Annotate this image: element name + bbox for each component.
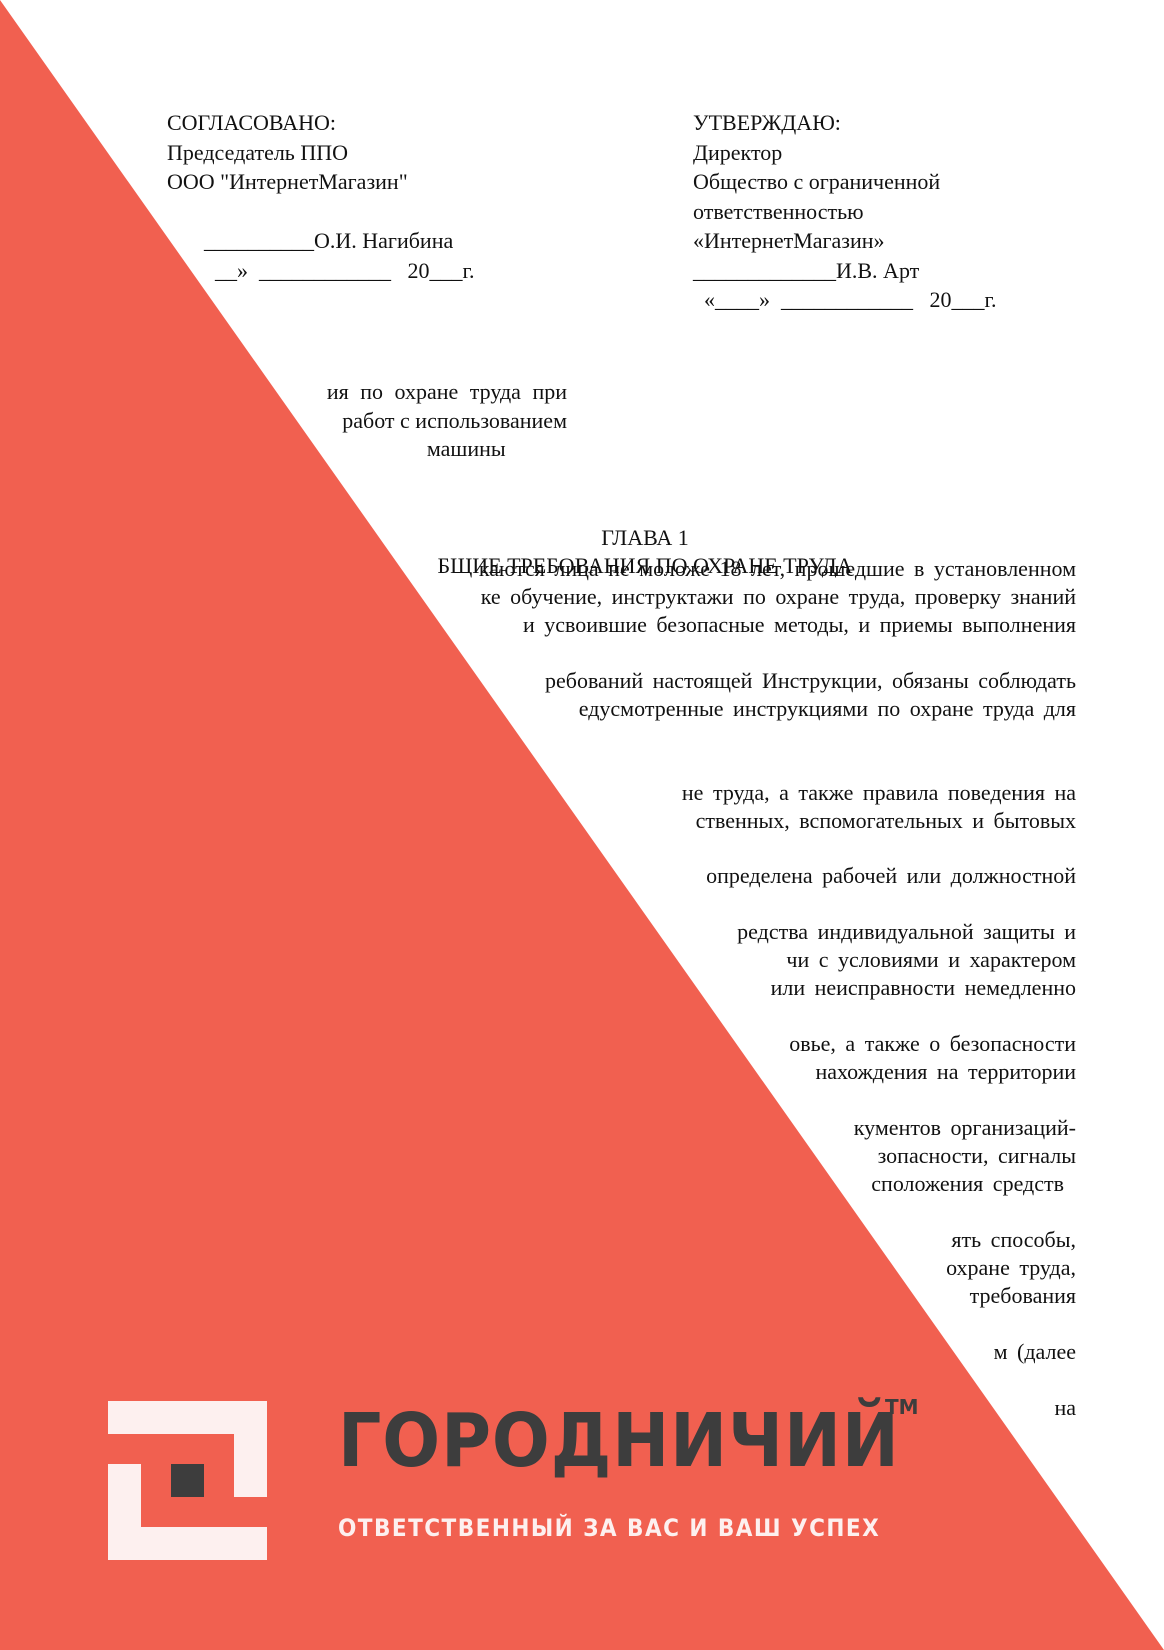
approval-approved-org-line2: ответственностью [693, 197, 997, 227]
body-text-line: овье, а также о безопасности [789, 1030, 1076, 1058]
approval-agreed-heading: СОГЛАСОВАНО: [167, 108, 475, 138]
body-text-line: ке обучение, инструктажи по охране труда… [481, 583, 1076, 611]
document-title-line: ия по охране труда при [327, 378, 567, 407]
approval-approved-org-line3: «ИнтернетМагазин» [693, 226, 997, 256]
approval-approved-date: «____» ____________ 20___г. [693, 285, 997, 315]
body-text-line: ять способы, [951, 1226, 1076, 1254]
body-text-line: не труда, а также правила поведения на [682, 779, 1076, 807]
approval-approved-block: УТВЕРЖДАЮ: Директор Общество с ограничен… [693, 108, 997, 315]
approval-approved-heading: УТВЕРЖДАЮ: [693, 108, 997, 138]
square-spiral-logo-icon [108, 1401, 267, 1560]
body-text-line: на [1054, 1394, 1076, 1422]
brand-name: ГОРОДНИЧИЙ [338, 1396, 900, 1486]
body-text-line: кументов организаций- [854, 1114, 1076, 1142]
body-text-line: ребований настоящей Инструкции, обязаны … [545, 667, 1076, 695]
body-text-line: определена рабочей или должностной [706, 862, 1076, 890]
body-text-line: едусмотренные инструкциями по охране тру… [579, 695, 1076, 723]
approval-agreed-block: СОГЛАСОВАНО: Председатель ППО ООО "Интер… [167, 108, 475, 285]
body-text-line: ственных, вспомогательных и бытовых [696, 807, 1076, 835]
body-text-line: требования [970, 1282, 1076, 1310]
approval-approved-org-line1: Общество с ограниченной [693, 167, 997, 197]
brand-tagline: ОТВЕТСТВЕННЫЙ ЗА ВАС И ВАШ УСПЕХ [338, 1514, 880, 1542]
body-text-line: редства индивидуальной защиты и [737, 918, 1076, 946]
body-text-line: чи с условиями и характером [786, 946, 1076, 974]
approval-agreed-signature: __________О.И. Нагибина [167, 226, 475, 256]
approval-approved-position: Директор [693, 138, 997, 168]
body-text-line: сположения средств [871, 1170, 1064, 1198]
body-text-line: нахождения на территории [815, 1058, 1076, 1086]
approval-agreed-position: Председатель ППО [167, 138, 475, 168]
body-text-line: или неисправности немедленно [771, 974, 1076, 1002]
trademark-mark: ТМ [885, 1395, 919, 1419]
document-title-line: машины [327, 435, 567, 464]
document-title-line: работ с использованием [327, 407, 567, 436]
body-text-line: охране труда, [946, 1254, 1076, 1282]
body-text-line: каются лица не моложе 18 лет, прошедшие … [479, 555, 1076, 583]
body-text-line: зопасности, сигналы [878, 1142, 1076, 1170]
approval-approved-signature: _____________И.В. Арт [693, 256, 997, 286]
approval-agreed-organization: ООО "ИнтернетМагазин" [167, 167, 475, 197]
body-text-line: м (далее [994, 1338, 1076, 1366]
approval-agreed-date: __» ____________ 20___г. [167, 256, 475, 286]
document-title: ия по охране труда при работ с использов… [327, 378, 567, 464]
body-text-line: и усвоившие безопасные методы, и приемы … [523, 611, 1076, 639]
